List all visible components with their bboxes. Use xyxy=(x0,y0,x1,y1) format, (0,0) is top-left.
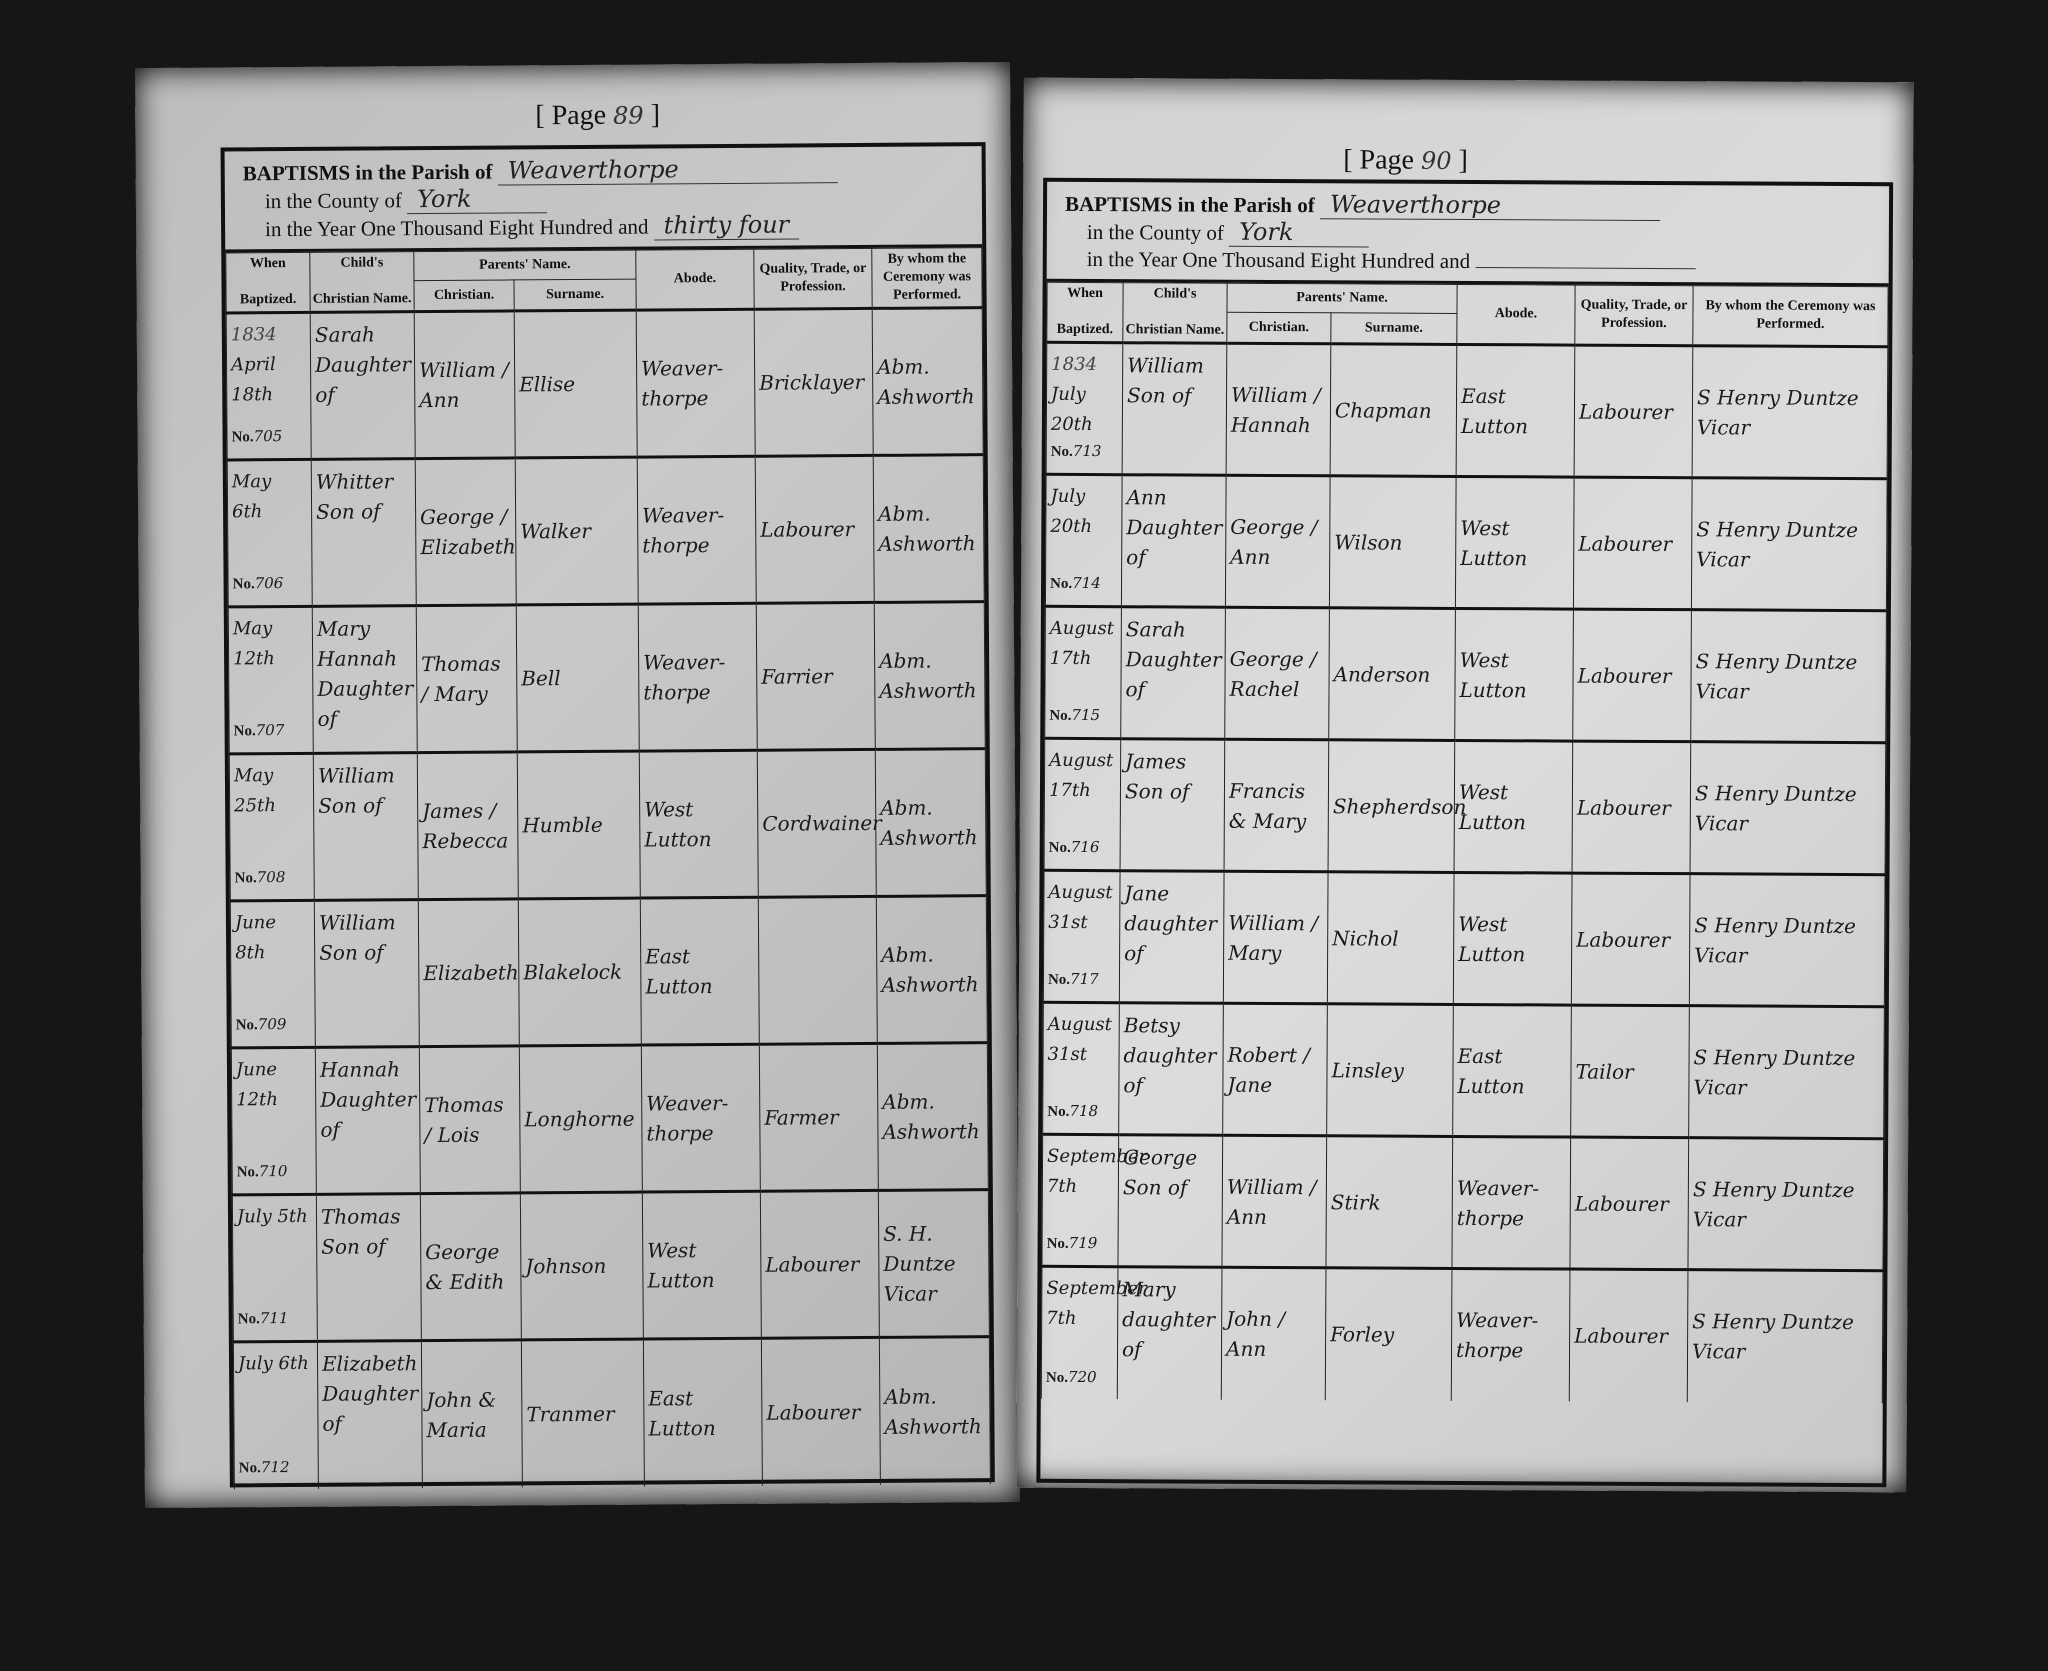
when-baptized-cell: May 25thNo.708 xyxy=(229,753,314,901)
child-name-cell: SarahDaughter of xyxy=(310,312,415,460)
when-baptized-cell: June 8thNo.709 xyxy=(230,900,315,1048)
county-name: York xyxy=(1229,219,1369,248)
abode-cell: Weaver-thorpe xyxy=(637,456,756,604)
child-name-cell: AnnDaughter of xyxy=(1121,475,1226,608)
child-name-cell: SarahDaughter of xyxy=(1121,607,1226,740)
parents-christian-cell: Robert / Jane xyxy=(1223,1003,1328,1136)
child-name-cell: WilliamSon of xyxy=(1122,343,1227,476)
child-name-cell: ElizabethDaughter of xyxy=(317,1341,422,1489)
when-baptized-cell: August 17thNo.715 xyxy=(1045,606,1122,738)
parents-christian-cell: George / Ann xyxy=(1225,475,1330,608)
parents-surname-cell: Tranmer xyxy=(521,1339,644,1487)
page-number: [ Page 89 ] xyxy=(535,99,660,132)
parents-surname-cell: Anderson xyxy=(1329,608,1456,741)
left-register-page: [ Page 89 ] BAPTISMS in the Parish of We… xyxy=(135,62,1020,1508)
abode-cell: West Lutton xyxy=(639,750,758,898)
quality-cell xyxy=(758,896,877,1044)
abode-cell: Weaver-thorpe xyxy=(1452,1136,1571,1269)
parents-surname-cell: Blakelock xyxy=(518,898,641,1046)
parents-surname-cell: Chapman xyxy=(1330,344,1457,477)
parents-surname-cell: Humble xyxy=(517,751,640,899)
officiant-cell: S Henry Duntze Vicar xyxy=(1691,610,1887,743)
quality-cell: Tailor xyxy=(1571,1005,1690,1138)
parents-christian-cell: George / Rachel xyxy=(1225,607,1330,740)
officiant-cell: Abm. Ashworth xyxy=(873,455,984,603)
table-row: 1834April 18thNo.705SarahDaughter ofWill… xyxy=(226,308,983,460)
when-baptized-cell: 1834April 18thNo.705 xyxy=(226,312,311,460)
parents-surname-cell: Linsley xyxy=(1327,1004,1454,1137)
officiant-cell: S Henry Duntze Vicar xyxy=(1690,742,1886,875)
parents-christian-cell: George & Edith xyxy=(420,1193,521,1341)
parents-surname-cell: Bell xyxy=(516,604,639,752)
abode-cell: Weaver-thorpe xyxy=(638,603,757,751)
abode-cell: West Lutton xyxy=(1455,476,1574,609)
quality-cell: Farmer xyxy=(759,1043,878,1191)
child-name-cell: Janedaughter of xyxy=(1119,871,1224,1004)
baptism-table: WhenBaptized.Child'sChristian Name.Paren… xyxy=(1041,282,1889,1403)
quality-cell: Farrier xyxy=(756,602,875,750)
register-frame: BAPTISMS in the Parish of Weaverthorpe i… xyxy=(221,142,995,1487)
table-row: May 25thNo.708WilliamSon ofJames / Rebec… xyxy=(229,749,986,901)
child-name-cell: WilliamSon of xyxy=(313,753,418,901)
table-row: August 17thNo.715SarahDaughter ofGeorge … xyxy=(1045,606,1887,742)
quality-cell: Labourer xyxy=(1572,741,1691,874)
year-words xyxy=(1475,267,1695,269)
year-words: thirty four xyxy=(654,211,800,240)
parents-surname-cell: Johnson xyxy=(520,1192,643,1340)
abode-cell: East Lutton xyxy=(643,1338,762,1486)
table-row: August 31stNo.718Betsydaughter ofRobert … xyxy=(1043,1002,1885,1138)
baptism-table: WhenBaptized.Child'sChristian Name.Paren… xyxy=(225,247,991,1489)
when-baptized-cell: September 7thNo.719 xyxy=(1042,1134,1119,1266)
quality-cell: Labourer xyxy=(755,455,874,603)
abode-cell: Weaver-thorpe xyxy=(636,309,755,457)
child-name-cell: WilliamSon of xyxy=(314,900,419,1048)
parents-christian-cell: George / Elizabeth xyxy=(415,458,516,606)
when-baptized-cell: August 31stNo.718 xyxy=(1043,1002,1120,1134)
parents-surname-cell: Ellise xyxy=(514,310,637,458)
quality-cell: Labourer xyxy=(1573,609,1692,742)
child-name-cell: WhitterSon of xyxy=(311,459,416,607)
child-name-cell: JamesSon of xyxy=(1120,739,1225,872)
table-row: August 17thNo.716JamesSon ofFrancis & Ma… xyxy=(1044,738,1886,874)
parents-christian-cell: Francis & Mary xyxy=(1224,739,1329,872)
child-name-cell: Marydaughter of xyxy=(1117,1267,1222,1400)
parents-surname-cell: Forley xyxy=(1325,1268,1452,1401)
parents-christian-cell: William / Hannah xyxy=(1226,343,1331,476)
parents-surname-cell: Shepherdson xyxy=(1328,740,1455,873)
parents-surname-cell: Stirk xyxy=(1326,1136,1453,1269)
quality-cell: Cordwainer xyxy=(757,749,876,897)
officiant-cell: Abm. Ashworth xyxy=(872,308,983,456)
quality-cell: Labourer xyxy=(1573,477,1692,610)
parents-christian-cell: Thomas / Lois xyxy=(419,1046,520,1194)
abode-cell: West Lutton xyxy=(1455,608,1574,741)
quality-cell: Labourer xyxy=(760,1190,879,1338)
officiant-cell: Abm. Ashworth xyxy=(877,1043,988,1191)
table-row: June 8thNo.709WilliamSon ofElizabethBlak… xyxy=(230,896,987,1048)
child-name-cell: Mary HannahDaughter of xyxy=(312,606,417,754)
officiant-cell: S Henry Duntze Vicar xyxy=(1689,874,1885,1007)
parents-surname-cell: Nichol xyxy=(1327,872,1454,1005)
officiant-cell: Abm. Ashworth xyxy=(874,602,985,750)
quality-cell: Labourer xyxy=(1569,1269,1688,1402)
table-row: July 5thNo.711ThomasSon ofGeorge & Edith… xyxy=(232,1190,989,1342)
officiant-cell: S Henry Duntze Vicar xyxy=(1692,346,1888,479)
child-name-cell: GeorgeSon of xyxy=(1118,1135,1223,1268)
child-name-cell: HannahDaughter of xyxy=(315,1047,420,1195)
abode-cell: Weaver-thorpe xyxy=(1451,1268,1570,1401)
table-row: July 20thNo.714AnnDaughter ofGeorge / An… xyxy=(1045,474,1887,610)
when-baptized-cell: July 6thNo.712 xyxy=(233,1341,318,1489)
officiant-cell: Abm. Ashworth xyxy=(876,896,987,1044)
county-name: York xyxy=(407,185,547,214)
officiant-cell: Abm. Ashworth xyxy=(879,1337,990,1485)
parents-christian-cell: James / Rebecca xyxy=(417,752,518,900)
abode-cell: East Lutton xyxy=(1453,1004,1572,1137)
table-row: May 12thNo.707Mary HannahDaughter ofThom… xyxy=(228,602,985,754)
when-baptized-cell: 1834July 20thNo.713 xyxy=(1046,342,1123,474)
parish-name: Weaverthorpe xyxy=(498,155,838,185)
officiant-cell: S Henry Duntze Vicar xyxy=(1691,478,1887,611)
abode-cell: West Lutton xyxy=(642,1191,761,1339)
table-row: September 7thNo.719GeorgeSon ofWilliam /… xyxy=(1042,1134,1884,1270)
abode-cell: East Lutton xyxy=(640,897,759,1045)
quality-cell: Labourer xyxy=(1571,873,1690,1006)
officiant-cell: S. H. Duntze Vicar xyxy=(878,1190,989,1338)
parents-surname-cell: Wilson xyxy=(1329,476,1456,609)
when-baptized-cell: August 17thNo.716 xyxy=(1044,738,1121,870)
table-row: May 6thNo.706WhitterSon ofGeorge / Eliza… xyxy=(227,455,984,607)
parents-christian-cell: Thomas / Mary xyxy=(416,605,517,753)
parents-christian-cell: John / Ann xyxy=(1221,1267,1326,1400)
when-baptized-cell: July 5thNo.711 xyxy=(232,1194,317,1342)
when-baptized-cell: August 31stNo.717 xyxy=(1043,870,1120,1002)
table-row: September 7thNo.720Marydaughter ofJohn /… xyxy=(1041,1266,1883,1402)
parents-christian-cell: John & Maria xyxy=(421,1340,522,1488)
when-baptized-cell: May 12thNo.707 xyxy=(228,606,313,754)
table-row: July 6thNo.712ElizabethDaughter ofJohn &… xyxy=(233,1337,990,1489)
when-baptized-cell: July 20thNo.714 xyxy=(1045,474,1122,606)
table-row: June 12thNo.710HannahDaughter ofThomas /… xyxy=(231,1043,988,1195)
parents-christian-cell: William / Ann xyxy=(1222,1135,1327,1268)
when-baptized-cell: June 12thNo.710 xyxy=(231,1047,316,1195)
parents-christian-cell: William / Mary xyxy=(1223,871,1328,1004)
when-baptized-cell: May 6thNo.706 xyxy=(227,459,312,607)
officiant-cell: Abm. Ashworth xyxy=(875,749,986,897)
abode-cell: East Lutton xyxy=(1456,344,1575,477)
register-heading: BAPTISMS in the Parish of Weaverthorpe i… xyxy=(1047,182,1890,286)
quality-cell: Labourer xyxy=(1574,345,1693,478)
officiant-cell: S Henry Duntze Vicar xyxy=(1687,1270,1883,1403)
quality-cell: Labourer xyxy=(1570,1137,1689,1270)
parents-surname-cell: Walker xyxy=(515,457,638,605)
table-row: August 31stNo.717Janedaughter ofWilliam … xyxy=(1043,870,1885,1006)
abode-cell: West Lutton xyxy=(1454,740,1573,873)
right-register-page: [ Page 90 ] BAPTISMS in the Parish of We… xyxy=(1016,78,1913,1493)
parish-name: Weaverthorpe xyxy=(1320,191,1660,221)
when-baptized-cell: September 7thNo.720 xyxy=(1041,1266,1118,1398)
parents-christian-cell: William / Ann xyxy=(414,311,515,459)
register-heading: BAPTISMS in the Parish of Weaverthorpe i… xyxy=(225,146,983,252)
officiant-cell: S Henry Duntze Vicar xyxy=(1689,1006,1885,1139)
parents-surname-cell: Longhorne xyxy=(519,1045,642,1193)
parents-christian-cell: Elizabeth xyxy=(418,899,519,1047)
officiant-cell: S Henry Duntze Vicar xyxy=(1688,1138,1884,1271)
child-name-cell: ThomasSon of xyxy=(316,1194,421,1342)
table-row: 1834July 20thNo.713WilliamSon ofWilliam … xyxy=(1046,342,1888,478)
register-frame: BAPTISMS in the Parish of Weaverthorpe i… xyxy=(1036,178,1893,1487)
child-name-cell: Betsydaughter of xyxy=(1119,1003,1224,1136)
quality-cell: Labourer xyxy=(761,1337,880,1485)
abode-cell: Weaver-thorpe xyxy=(641,1044,760,1192)
page-number: [ Page 90 ] xyxy=(1343,144,1468,177)
quality-cell: Bricklayer xyxy=(754,308,873,456)
abode-cell: West Lutton xyxy=(1453,872,1572,1005)
